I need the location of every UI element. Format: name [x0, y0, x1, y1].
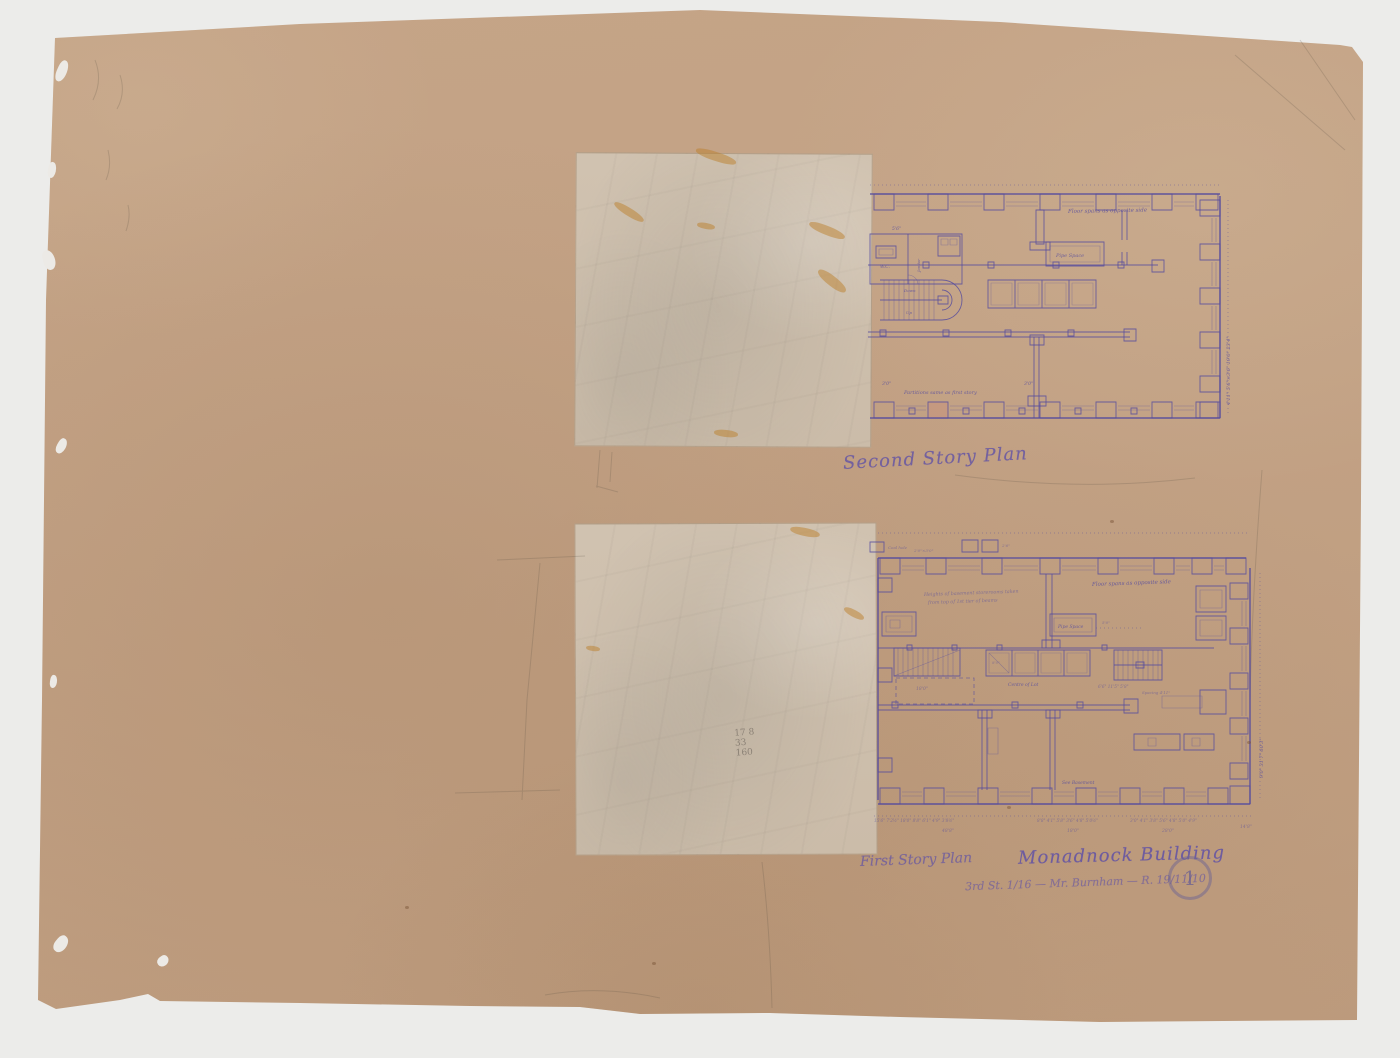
- pipe-space-label: Pipe Space: [1057, 624, 1084, 630]
- stair-dims-right: 6'6" 11'5" 5'8": [1098, 684, 1129, 689]
- corridor-south-wall: [878, 699, 1138, 790]
- scanned-drawing-canvas: 4'11" 5'6"×3'6" 19'0" 23'4": [0, 0, 1400, 1058]
- stair: Down Up: [880, 280, 962, 320]
- main-stair: 18'0": [894, 648, 974, 704]
- bottom-wall: [878, 788, 1250, 804]
- left-wall: [878, 558, 916, 800]
- centre-of-lot-note: Centre of Lot: [1008, 682, 1039, 688]
- sheet-number-badge: 1: [1168, 856, 1212, 900]
- stair-dimension: 18'0": [916, 686, 928, 692]
- bottom-wall: [870, 402, 1220, 418]
- sidewalk-dimension-2: 2'6": [1001, 543, 1010, 548]
- dims-row-right: 3'0" 4'1" 3'8" 5'6" 4'8" 5'0" 4'9": [1130, 818, 1197, 823]
- coal-hole-label: Coal hole: [888, 545, 908, 550]
- janitor-label: Janitor: [916, 259, 921, 273]
- stair-dashed-outline: [896, 678, 974, 704]
- dims-row-left: 15'6" 7'2½" 18'0" 8'8" 6'1" 4'9" 3'8½": [874, 818, 954, 823]
- right-wall: 9'0" 31'7" 60'3": [1196, 568, 1265, 804]
- paper-speck: [405, 906, 409, 909]
- rooms-dimension: 5'6": [892, 226, 901, 232]
- right-wall: 4'11" 5'6"×3'6" 19'0" 23'4": [1200, 196, 1232, 418]
- bottom-right-rooms: [1134, 734, 1214, 750]
- washroom-block: W.C. Janitor 5'6": [870, 226, 962, 284]
- dims-total-mid: 18'0": [1067, 828, 1079, 834]
- paper-speck: [1007, 806, 1011, 809]
- basement-note-line1: Heights of basement storerooms taken: [923, 589, 1019, 598]
- elevator-bank: 8'0": [986, 650, 1090, 676]
- elevator-bank: [988, 280, 1096, 308]
- elevator-dimension: 8'0": [992, 660, 1000, 665]
- dims-far-right: 14'8": [1240, 824, 1252, 830]
- dims-total-left: 48'8": [941, 828, 954, 834]
- stair-down-label: Down: [903, 288, 916, 293]
- partitions-note: Partitions same as first story: [903, 390, 977, 396]
- right-dimension-string: 9'0" 31'7" 60'3": [1259, 738, 1265, 778]
- dimension-left: 3'0": [882, 381, 891, 387]
- basement-note-line2: from top of 1st tier of beams: [927, 598, 998, 606]
- secondary-stair: [1114, 650, 1162, 680]
- second-story-plan-drawing: 4'11" 5'6"×3'6" 19'0" 23'4": [868, 180, 1233, 440]
- top-wall: [870, 185, 1220, 250]
- shaded-corridor: [1162, 690, 1226, 714]
- dims-total-right: 28'0": [1161, 828, 1174, 834]
- pipe-space-room: Pipe Space 5'0": [1050, 614, 1142, 636]
- sidewalk-accessories: Coal hole 2'0"×3'0" 2'6": [870, 533, 1250, 553]
- floor-spans-note: Floor spans as opposite side: [1067, 208, 1148, 215]
- dims-row-mid: 8'8" 4'1" 5'8" 3'6" 4'8" 5'0½": [1037, 818, 1098, 823]
- stair-up-label: Up: [906, 310, 912, 315]
- wc-label: W.C.: [880, 264, 891, 270]
- paper-speck: [652, 962, 656, 965]
- bottom-dimensions: 15'6" 7'2½" 18'0" 8'8" 6'1" 4'9" 3'8½" 4…: [874, 816, 1254, 834]
- first-story-plan-drawing: Coal hole 2'0"×3'0" 2'6": [862, 528, 1272, 840]
- see-basement-note: See Basement: [1062, 780, 1095, 786]
- floor-spans-note: Floor spans as opposite side: [1091, 579, 1172, 588]
- spacing-note: Spacing 4'11": [1142, 690, 1170, 695]
- paper-speck: [1110, 520, 1114, 523]
- dimension-mid: 3'0": [1024, 381, 1033, 387]
- paper-speck: [1247, 741, 1251, 744]
- corridor-walls: [868, 210, 1164, 418]
- sheet-number: 1: [1184, 866, 1197, 890]
- right-dimension-string: 4'11" 5'6"×3'6" 19'0" 23'4": [1226, 336, 1232, 406]
- pipe-space-label: Pipe Space: [1055, 253, 1084, 259]
- pipe-dimension: 5'0": [1102, 620, 1110, 625]
- sidewalk-dimension: 2'0"×3'0": [913, 548, 934, 553]
- pencil-note: 17 8 33 160: [734, 727, 756, 758]
